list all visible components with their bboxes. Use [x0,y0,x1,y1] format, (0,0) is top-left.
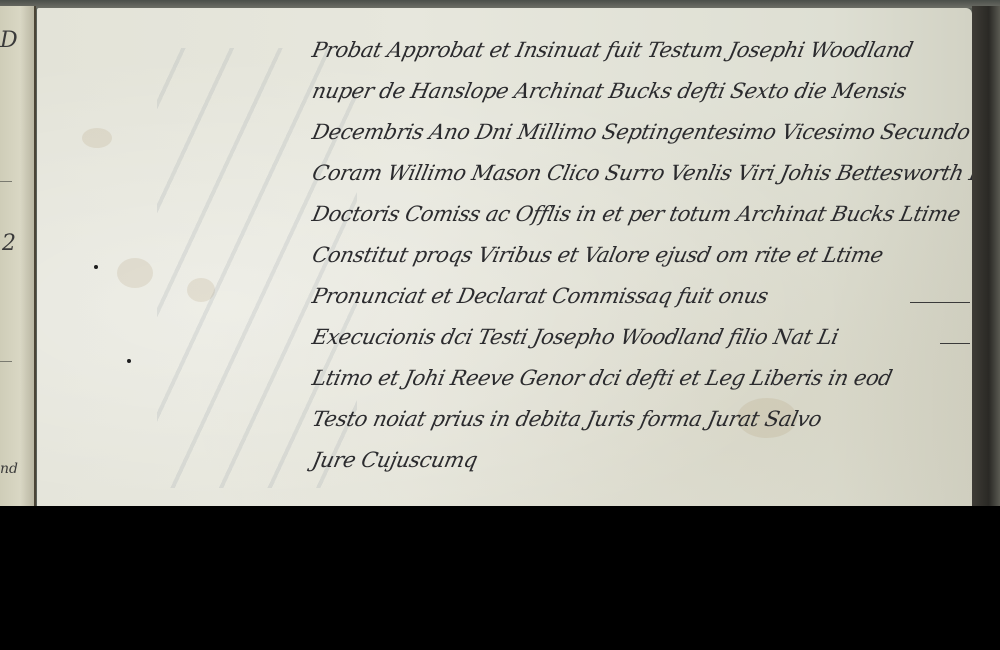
line-filler-dash [940,343,970,344]
line-text: Pronunciat et Declarat Commissaq fuit on… [310,284,770,308]
manuscript-line: Doctoris Comiss ac Offlis in et per totu… [310,202,970,243]
page-top-edge [0,0,1000,8]
manuscript-line: nuper de Hanslope Archinat Bucks defti S… [310,79,970,120]
left-page-fragment: D [0,28,18,53]
manuscript-line: Pronunciat et Declarat Commissaq fuit on… [310,284,970,325]
manuscript-line: Execucionis dci Testi Josepho Woodland f… [310,325,970,366]
line-text: Doctoris Comiss ac Offlis in et per totu… [310,202,962,226]
manuscript-line: Testo noiat prius in debita Juris forma … [310,407,970,448]
manuscript-photo: D 2 nd Probat Approbat et Insinuat fuit … [0,0,1000,506]
left-page-fragment: nd [0,461,18,477]
line-text: Decembris Ano Dni Millimo Septingentesim… [310,120,972,144]
line-text: Probat Approbat et Insinuat fuit Testum … [310,38,915,62]
paper-stain [117,258,153,288]
line-text: nuper de Hanslope Archinat Bucks defti S… [310,79,908,103]
manuscript-line: Constitut proqs Viribus et Valore ejusd … [310,243,970,284]
paper-stain [187,278,215,302]
line-text: Constitut proqs Viribus et Valore ejusd … [310,243,885,267]
ink-speck [127,359,131,363]
line-text: Testo noiat prius in debita Juris forma … [310,407,824,431]
ink-speck [94,265,98,269]
manuscript-line: Ltimo et Johi Reeve Genor dci defti et L… [310,366,970,407]
paper-stain [82,128,112,148]
left-facing-page: D 2 nd [0,6,36,506]
line-text: Coram Willimo Mason Clico Surro Venlis V… [310,161,1000,185]
manuscript-line: Decembris Ano Dni Millimo Septingentesim… [310,120,970,161]
left-page-rule [0,181,12,182]
manuscript-line: Probat Approbat et Insinuat fuit Testum … [310,38,970,79]
left-page-rule [0,361,12,362]
manuscript-line: Jure Cujuscumq [310,448,970,489]
binding-shadow [972,6,1000,506]
line-filler-dash [910,302,970,303]
line-text: Ltimo et Johi Reeve Genor dci defti et L… [310,366,894,390]
line-text: Execucionis dci Testi Josepho Woodland f… [310,325,841,349]
left-page-fragment: 2 [2,231,16,256]
line-text: Jure Cujuscumq [310,448,480,472]
manuscript-line: Coram Willimo Mason Clico Surro Venlis V… [310,161,970,202]
handwritten-text: Probat Approbat et Insinuat fuit Testum … [310,38,970,489]
letterbox-band [0,506,1000,650]
